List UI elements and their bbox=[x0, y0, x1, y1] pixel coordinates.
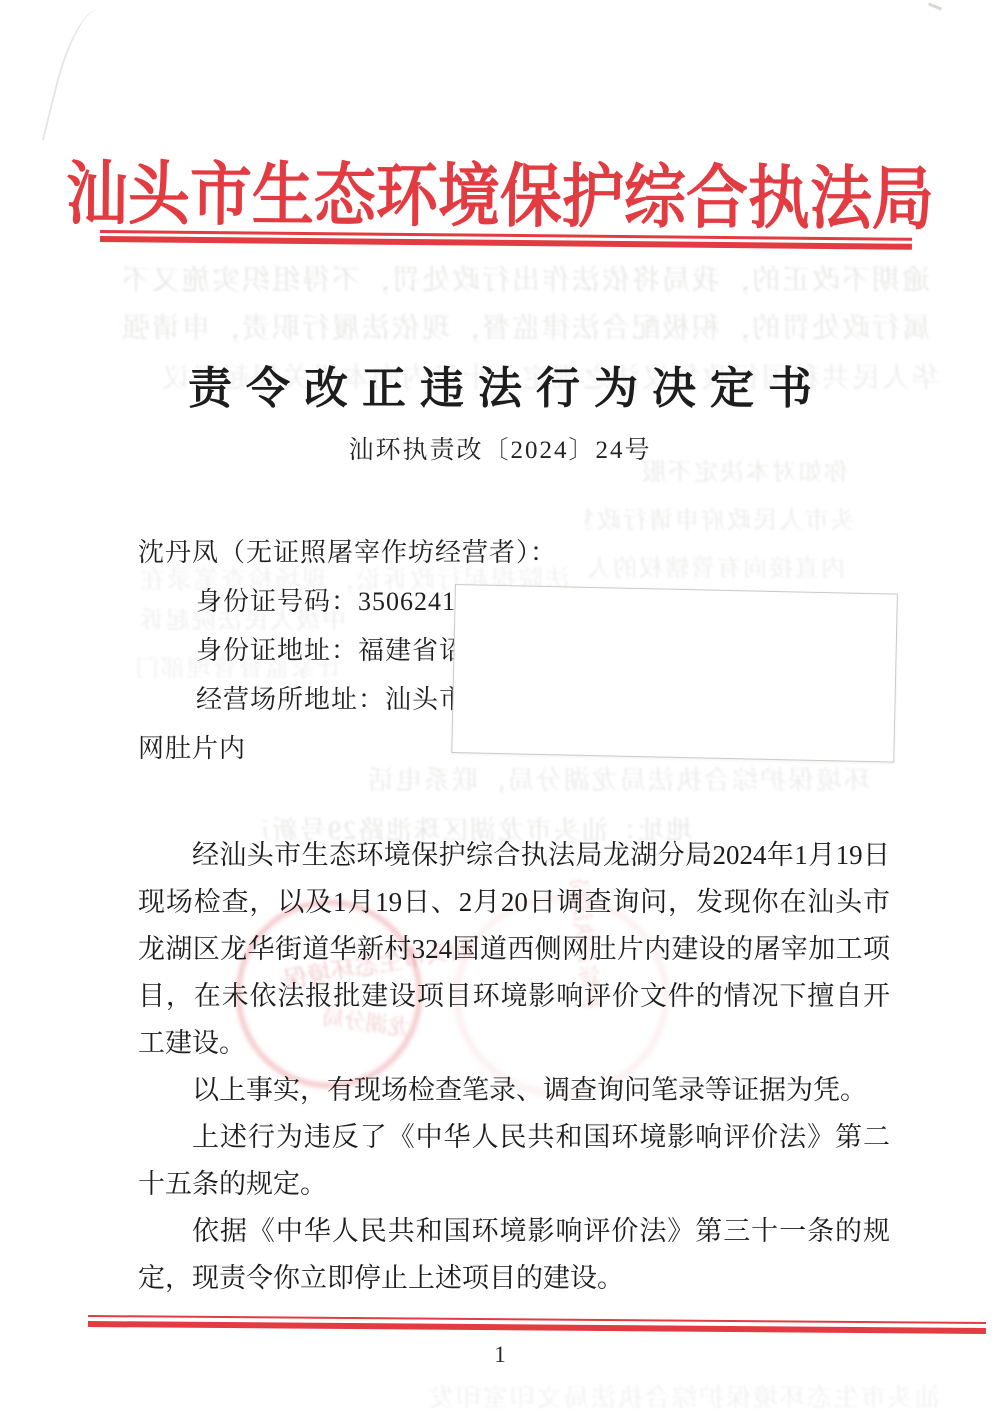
scanner-artifact bbox=[42, 4, 122, 151]
document-body: 经汕头市生态环境保护综合执法局龙湖分局2024年1月19日现场检查，以及1月19… bbox=[138, 832, 890, 1302]
body-paragraph: 以上事实，有现场检查笔录、调查询问笔录等证据为凭。 bbox=[138, 1067, 890, 1114]
bleedthrough-text: 逾期不改正的，我局将依法作出行政处罚，不得组织实施又不 bbox=[120, 258, 930, 298]
scanner-artifact bbox=[928, 2, 942, 10]
footer-divider bbox=[88, 1315, 986, 1334]
body-paragraph: 上述行为违反了《中华人民共和国环境影响评价法》第二十五条的规定。 bbox=[138, 1114, 890, 1208]
bleedthrough-text: 属行政处罚的，积极配合法律监督，现依法履行职责，申请强制 bbox=[118, 306, 930, 346]
body-paragraph: 经汕头市生态环境保护综合执法局龙湖分局2024年1月19日现场检查，以及1月19… bbox=[138, 832, 890, 1067]
document-number: 汕环执责改〔2024〕24号 bbox=[0, 430, 1000, 466]
agency-letterhead-title: 汕头市生态环境保护综合执法局 bbox=[0, 138, 1000, 244]
bleedthrough-text: 汕头市生态环境保护综合执法局文印室印发 bbox=[200, 1378, 940, 1414]
recipient-name-line: 沈丹凤（无证照屠宰作坊经营者）： bbox=[138, 528, 890, 577]
document-title: 责令改正违法行为决定书 bbox=[0, 352, 1000, 416]
redaction-overlay bbox=[451, 584, 898, 763]
page-number: 1 bbox=[0, 1342, 1000, 1368]
body-paragraph: 依据《中华人民共和国环境影响评价法》第三十一条的规定，现责令你立即停止上述项目的… bbox=[138, 1208, 890, 1302]
scanned-document-page: 逾期不改正的，我局将依法作出行政处罚，不得组织实施又不 属行政处罚的，积极配合法… bbox=[0, 0, 1000, 1414]
